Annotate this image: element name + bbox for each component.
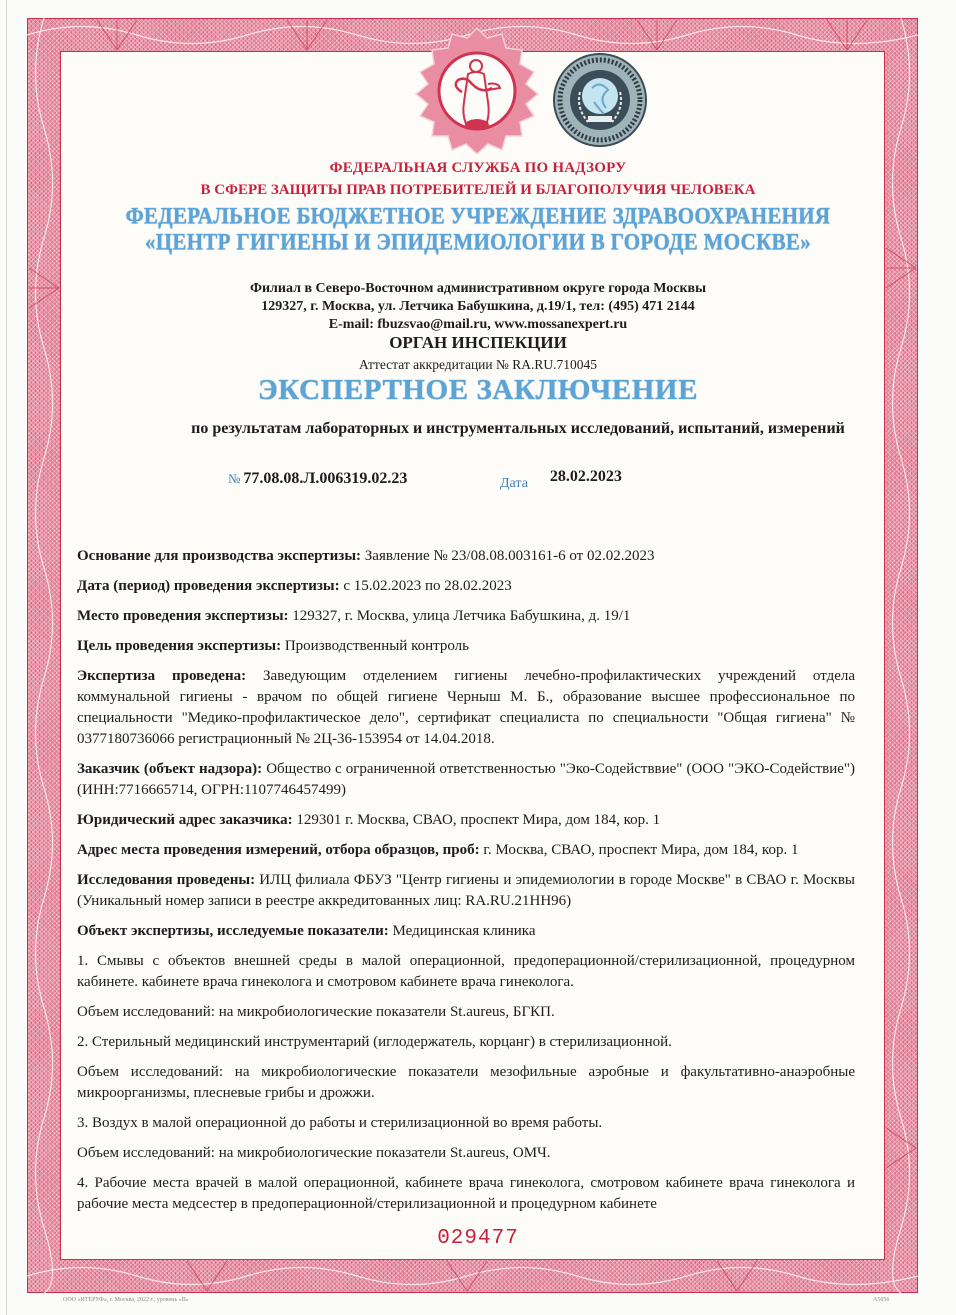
field-basis: Основание для производства экспертизы: З… [77,546,855,567]
document-date: Дата28.02.2023 [500,468,622,486]
document-number-label: № [228,471,240,486]
document-number: №77.08.08.Л.006319.02.23 [228,470,407,488]
item-3-air: 3. Воздух в малой операционной до работы… [77,1113,855,1134]
field-sampling-address: Адрес места проведения измерений, отбора… [77,840,855,861]
item-3-scope: Объем исследований: на микробиологически… [77,1143,855,1164]
field-legal-address: Юридический адрес заказчика: 129301 г. М… [77,810,855,831]
agency-name-line2: В СФЕРЕ ЗАЩИТЫ ПРАВ ПОТРЕБИТЕЛЕЙ И БЛАГО… [0,182,956,199]
inspection-body-title: ОРГАН ИНСПЕКЦИИ [0,333,956,353]
item-2-scope: Объем исследований: на микробиологически… [77,1062,855,1104]
item-1-scope: Объем исследований: на микробиологически… [77,1002,855,1023]
form-serial-number: 029477 [0,1227,956,1250]
agency-name-line1: ФЕДЕРАЛЬНАЯ СЛУЖБА ПО НАДЗОРУ [0,160,956,177]
branch-contacts: E-mail: fbuzsvao@mail.ru, www.mossanexpe… [0,317,956,333]
field-customer: Заказчик (объект надзора): Общество с ог… [77,759,855,801]
document-title: ЭКСПЕРТНОЕ ЗАКЛЮЧЕНИЕ [0,374,956,407]
document-subtitle: по результатам лабораторных и инструмент… [40,420,956,438]
branch-name: Филиал в Северо-Восточном административн… [0,281,956,297]
document-date-value: 28.02.2023 [550,468,622,485]
item-1-swabs: 1. Смывы с объектов внешней среды в мало… [77,951,855,993]
field-period: Дата (период) проведения экспертизы: с 1… [77,576,855,597]
document-date-label: Дата [500,476,528,491]
institution-name-line2: «ЦЕНТР ГИГИЕНЫ И ЭПИДЕМИОЛОГИИ В ГОРОДЕ … [0,229,956,256]
branch-address: 129327, г. Москва, ул. Летчика Бабушкина… [0,299,956,315]
expertise-details: Основание для производства экспертизы: З… [77,546,855,1224]
field-laboratory: Исследования проведены: ИЛЦ филиала ФБУЗ… [77,870,855,912]
document-number-value: 77.08.08.Л.006319.02.23 [243,470,407,487]
field-object: Объект экспертизы, исследуемые показател… [77,921,855,942]
printer-imprint: ООО «ИТЕРУФ», г. Москва, 2022 г., уровен… [63,1297,189,1303]
certificate-page: ФЕДЕРАЛЬНАЯ СЛУЖБА ПО НАДЗОРУ В СФЕРЕ ЗА… [0,0,956,1315]
item-2-instruments: 2. Стерильный медицинский инструментарий… [77,1032,855,1053]
institution-name-line1: ФЕДЕРАЛЬНОЕ БЮДЖЕТНОЕ УЧРЕЖДЕНИЕ ЗДРАВОО… [0,203,956,230]
field-purpose: Цель проведения экспертизы: Производстве… [77,636,855,657]
form-code: А5056 [873,1297,889,1303]
accreditation-certificate: Аттестат аккредитации № RA.RU.710045 [0,357,956,373]
field-expert: Экспертиза проведена: Заведующим отделен… [77,666,855,750]
field-place: Место проведения экспертизы: 129327, г. … [77,606,855,627]
item-4-workplaces: 4. Рабочие места врачей в малой операцио… [77,1173,855,1215]
